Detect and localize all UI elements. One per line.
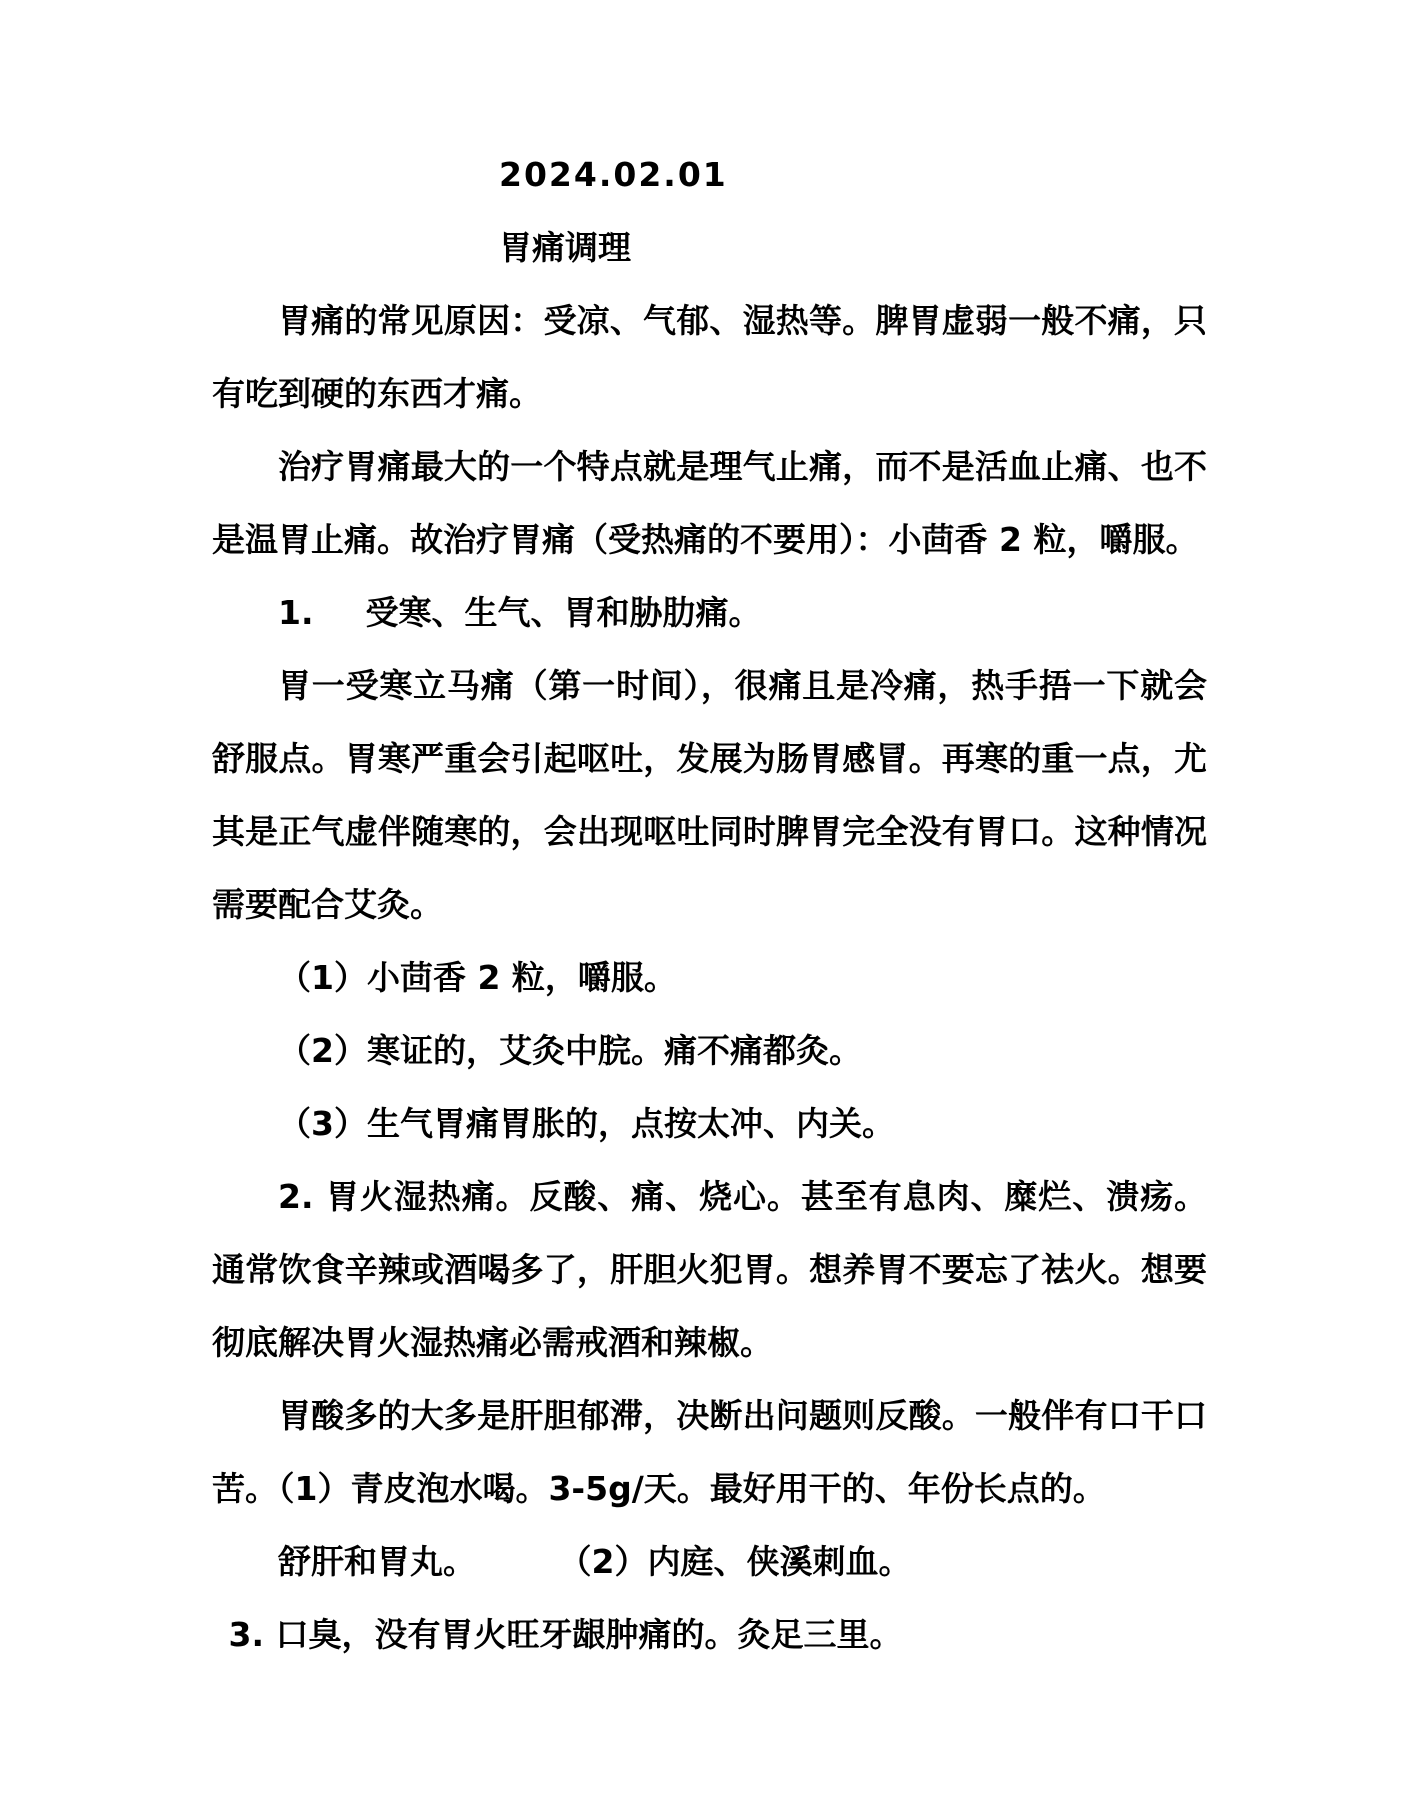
pill-name-text: 舒肝和胃丸。 bbox=[278, 1542, 476, 1581]
bloodletting-text: （2）内庭、侠溪刺血。 bbox=[575, 1542, 911, 1581]
sub-item-fennel: （1）小茴香 2 粒，嚼服。 bbox=[212, 941, 1207, 1014]
document-title: 胃痛调理 bbox=[212, 211, 1207, 284]
document-date: 2024.02.01 bbox=[212, 138, 1207, 211]
list-item-1-number: 1. bbox=[278, 593, 314, 632]
document-page: 2024.02.01 胃痛调理 胃痛的常见原因：受凉、气郁、湿热等。脾胃虚弱一般… bbox=[0, 0, 1419, 1807]
paragraph-cold-stomach: 胃一受寒立马痛（第一时间），很痛且是冷痛，热手捂一下就会舒服点。胃寒严重会引起呕… bbox=[212, 649, 1207, 941]
paragraph-stomach-acid: 胃酸多的大多是肝胆郁滞，决断出问题则反酸。一般伴有口干口苦。（1）青皮泡水喝。3… bbox=[212, 1379, 1207, 1525]
line-pill-and-bloodletting: 舒肝和胃丸。（2）内庭、侠溪刺血。 bbox=[212, 1525, 1207, 1598]
paragraph-heat-damp-pain: 2. 胃火湿热痛。反酸、痛、烧心。甚至有息肉、糜烂、溃疡。通常饮食辛辣或酒喝多了… bbox=[212, 1160, 1207, 1379]
list-item-1-text: 受寒、生气、胃和胁肋痛。 bbox=[366, 593, 762, 632]
list-item-1: 1.受寒、生气、胃和胁肋痛。 bbox=[212, 576, 1207, 649]
list-item-3-bad-breath: 3. 口臭，没有胃火旺牙龈肿痛的。灸足三里。 bbox=[212, 1598, 1207, 1671]
paragraph-common-causes: 胃痛的常见原因：受凉、气郁、湿热等。脾胃虚弱一般不痛，只有吃到硬的东西才痛。 bbox=[212, 284, 1207, 430]
sub-item-acupoints: （3）生气胃痛胃胀的，点按太冲、内关。 bbox=[212, 1087, 1207, 1160]
sub-item-moxibustion: （2）寒证的，艾灸中脘。痛不痛都灸。 bbox=[212, 1014, 1207, 1087]
paragraph-treatment-principle: 治疗胃痛最大的一个特点就是理气止痛，而不是活血止痛、也不是温胃止痛。故治疗胃痛（… bbox=[212, 430, 1207, 576]
